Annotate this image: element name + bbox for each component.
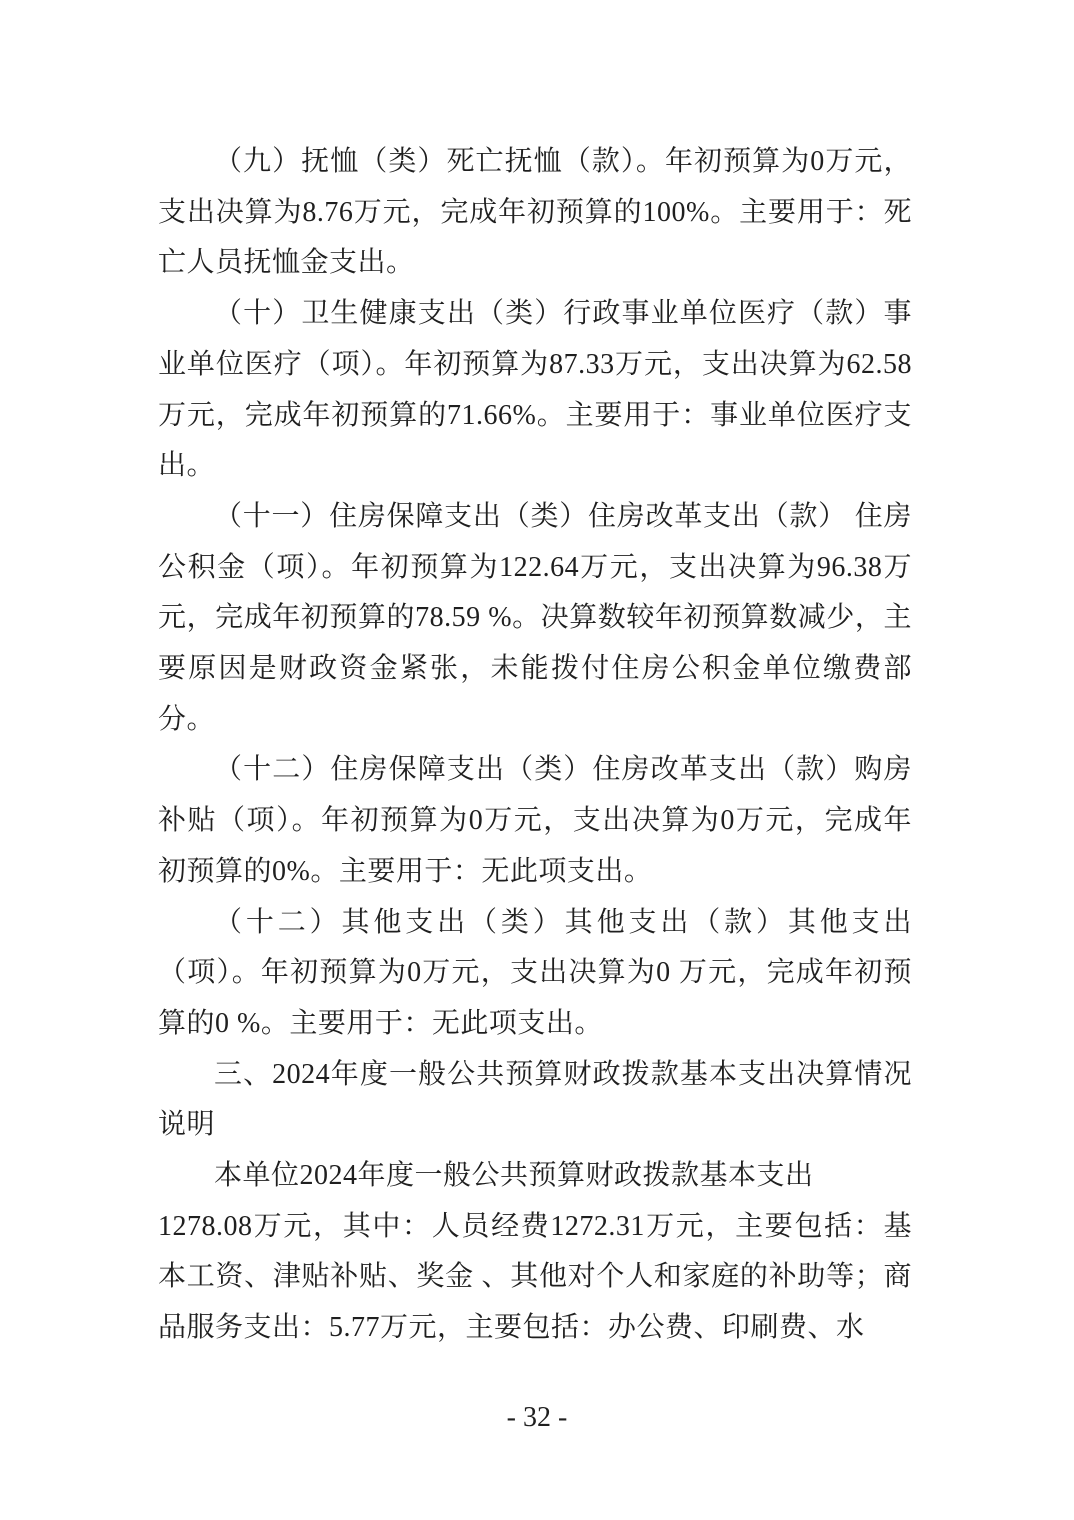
page-number: - 32 - <box>0 1398 1074 1438</box>
paragraph-basic-expenditure-intro: 本单位2024年度一般公共预算财政拨款基本支出 <box>158 1151 912 1202</box>
paragraph-item-12-other-expenditure: （十二）其他支出（类）其他支出（款）其他支出（项）。年初预算为0万元，支出决算为… <box>158 898 912 1050</box>
paragraph-item-9-death-pension: （九）抚恤（类）死亡抚恤（款）。年初预算为0万元，支出决算为8.76万元，完成年… <box>158 137 912 289</box>
paragraph-item-10-health-expenditure: （十）卫生健康支出（类）行政事业单位医疗（款）事业单位医疗（项）。年初预算为87… <box>158 289 912 492</box>
page-content: （九）抚恤（类）死亡抚恤（款）。年初预算为0万元，支出决算为8.76万元，完成年… <box>158 137 912 1354</box>
paragraph-basic-expenditure-detail: 1278.08万元，其中：人员经费1272.31万元，主要包括：基本工资、津贴补… <box>158 1202 912 1354</box>
section-heading-basic-expenditure: 三、2024年度一般公共预算财政拨款基本支出决算情况说明 <box>158 1050 912 1151</box>
paragraph-item-11-housing-fund: （十一）住房保障支出（类）住房改革支出（款） 住房公积金（项）。年初预算为122… <box>158 492 912 746</box>
paragraph-item-12-housing-subsidy: （十二）住房保障支出（类）住房改革支出（款）购房补贴（项）。年初预算为0万元，支… <box>158 745 912 897</box>
document-page: （九）抚恤（类）死亡抚恤（款）。年初预算为0万元，支出决算为8.76万元，完成年… <box>0 0 1074 1520</box>
